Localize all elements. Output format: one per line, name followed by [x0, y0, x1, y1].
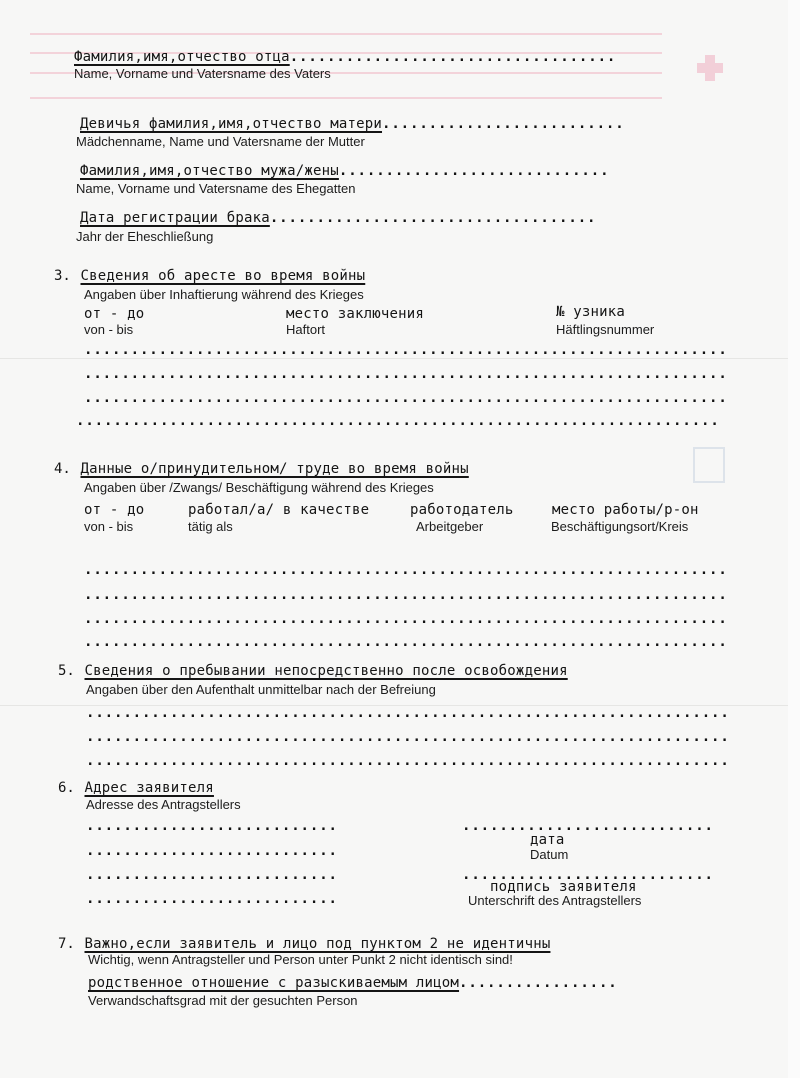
field-label-de: Verwandschaftsgrad mit der gesuchten Per… — [88, 993, 358, 1008]
field-marriage-date: Дата регистрации брака..................… — [80, 207, 596, 226]
field-label-ru: Дата регистрации брака — [80, 210, 270, 226]
section-title-de: Wichtig, wenn Antragsteller und Person u… — [88, 952, 513, 967]
fill-row[interactable]: ........................................… — [76, 413, 720, 429]
column-header-de: von - bis — [84, 519, 133, 534]
section-number: 5. — [58, 663, 75, 679]
fill-row[interactable]: ........................................… — [84, 342, 728, 358]
red-cross-icon — [697, 55, 723, 81]
fill-dots[interactable]: .......................... — [382, 116, 625, 132]
column-header-ru: от - до — [84, 306, 144, 322]
address-line[interactable]: ........................... — [86, 891, 338, 907]
section-title-ru: Сведения об аресте во время войны — [81, 268, 366, 284]
fill-row[interactable]: ........................................… — [84, 366, 728, 382]
field-label-de: Jahr der Eheschließung — [76, 229, 213, 244]
fill-dots[interactable]: ............................. — [339, 163, 610, 179]
section-number: 7. — [58, 936, 75, 952]
column-header-ru: место заключения — [286, 306, 424, 322]
address-line[interactable]: ........................... — [86, 818, 338, 834]
date-line[interactable]: ........................... — [462, 818, 714, 834]
section-title-ru: Сведения о пребывании непосредственно по… — [85, 663, 568, 679]
section-3-heading: 3. Сведения об аресте во время войны — [54, 265, 365, 284]
section-5-heading: 5. Сведения о пребывании непосредственно… — [58, 660, 568, 679]
field-label-de: Mädchenname, Name und Vatersname der Mut… — [76, 134, 365, 149]
section-7-heading: 7. Важно,если заявитель и лицо под пункт… — [58, 933, 550, 952]
section-4-heading: 4. Данные о/принудительном/ труде во вре… — [54, 458, 469, 477]
address-line[interactable]: ........................... — [86, 843, 338, 859]
section-title-ru: Адрес заявителя — [85, 780, 214, 796]
signature-label-de: Unterschrift des Antragstellers — [468, 893, 641, 908]
section-number: 6. — [58, 780, 75, 796]
fill-row[interactable]: ........................................… — [84, 611, 728, 627]
date-label-de: Datum — [530, 847, 568, 862]
section-6-heading: 6. Адрес заявителя — [58, 777, 214, 796]
bleed-checkbox-outline — [693, 447, 725, 483]
column-header-ru: от - до — [84, 502, 144, 518]
column-header-ru: работал/а/ в качестве — [188, 502, 369, 518]
fill-dots[interactable]: ................. — [459, 975, 618, 991]
fill-row[interactable]: ........................................… — [86, 729, 730, 745]
fill-row[interactable]: ........................................… — [86, 705, 730, 721]
fill-row[interactable]: ........................................… — [84, 390, 728, 406]
column-header-ru: № узника — [556, 304, 625, 320]
fill-row[interactable]: ........................................… — [84, 587, 728, 603]
date-label-ru: дата — [530, 832, 565, 848]
section-title-ru: Важно,если заявитель и лицо под пунктом … — [85, 936, 551, 952]
section-number: 3. — [54, 268, 71, 284]
column-header-de: Arbeitgeber — [416, 519, 483, 534]
field-mother: Девичья фамилия,имя,отчество матери.....… — [80, 113, 625, 132]
section-number: 4. — [54, 461, 71, 477]
column-header-ru: работодатель — [410, 502, 514, 518]
column-header-ru: место работы/р-он — [552, 502, 699, 518]
fill-dots[interactable]: ................................... — [270, 210, 597, 226]
field-father: Фамилия,имя,отчество отца...............… — [74, 46, 616, 65]
field-relationship: родственное отношение с разыскиваемым ли… — [88, 972, 618, 991]
bleed-guide-line — [30, 33, 662, 35]
field-label-ru: Девичья фамилия,имя,отчество матери — [80, 116, 382, 132]
fill-dots[interactable]: ................................... — [290, 49, 617, 65]
column-header-de: Haftort — [286, 322, 325, 337]
section-title-de: Angaben über /Zwangs/ Beschäftigung währ… — [84, 480, 434, 495]
field-label-ru: родственное отношение с разыскиваемым ли… — [88, 975, 459, 991]
field-label-ru: Фамилия,имя,отчество мужа/жены — [80, 163, 339, 179]
section-title-de: Adresse des Antragstellers — [86, 797, 241, 812]
section-title-ru: Данные о/принудительном/ труде во время … — [81, 461, 469, 477]
column-header-de: tätig als — [188, 519, 233, 534]
field-label-ru: Фамилия,имя,отчество отца — [74, 49, 290, 65]
section-title-de: Angaben über Inhaftierung während des Kr… — [84, 287, 364, 302]
field-label-de: Name, Vorname und Vatersname des Vaters — [74, 66, 331, 81]
field-spouse: Фамилия,имя,отчество мужа/жены..........… — [80, 160, 609, 179]
address-line[interactable]: ........................... — [86, 867, 338, 883]
section-title-de: Angaben über den Aufenthalt unmittelbar … — [86, 682, 436, 697]
fill-row[interactable]: ........................................… — [86, 753, 730, 769]
paper-fold — [0, 358, 788, 359]
column-header-de: von - bis — [84, 322, 133, 337]
fill-row[interactable]: ........................................… — [84, 562, 728, 578]
page-edge — [788, 0, 800, 1078]
column-header-de: Häftlingsnummer — [556, 322, 654, 337]
bleed-guide-line — [30, 97, 662, 99]
column-header-de: Beschäftigungsort/Kreis — [551, 519, 688, 534]
field-label-de: Name, Vorname und Vatersname des Ehegatt… — [76, 181, 355, 196]
fill-row[interactable]: ........................................… — [84, 634, 728, 650]
